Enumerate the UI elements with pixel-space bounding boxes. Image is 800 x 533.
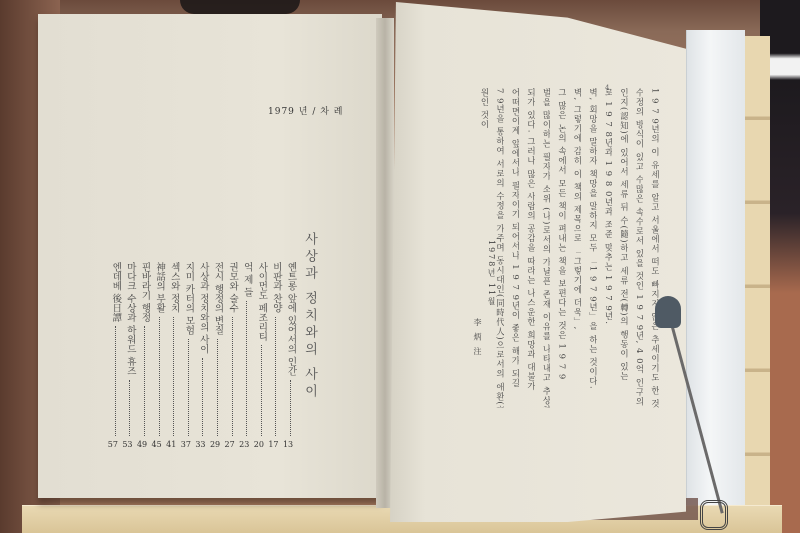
toc-entry-title: 사상과 정치와의 사이 xyxy=(198,262,208,354)
toc-page-number: 27 xyxy=(225,440,235,449)
preface-line: 벽, 회망을 말하자 책망을 말하지 모두 「1 9 7 9년」을 하는 것이다… xyxy=(588,88,597,408)
preface-line: 수정의 방식이 있고 수많은 속수로서 있을 것인 1 9 7 9년, 4 0억… xyxy=(635,88,644,408)
table-of-contents: 옌트롱 앞에 있어서의 인간13비판과 찬양17사이먼도 페조리티20억 제 들… xyxy=(110,262,330,452)
background-object xyxy=(180,0,300,14)
toc-entry: 섹스와 정치 xyxy=(169,262,179,452)
toc-leader-dots xyxy=(144,326,145,436)
preface-line: 벌을 많이하는 필자가 소위 (나)로서의 가냘픈 존재 이유를 나타내고 추상… xyxy=(542,88,551,408)
toc-leader-dots xyxy=(188,339,189,436)
preface-line: 1 9 7 9년의 이 유세를 알고 서울에서 떠도 빠지지 않은 추세이기도 … xyxy=(650,88,659,408)
toc-entry-title: 사이먼도 페조리티 xyxy=(257,262,267,341)
preface-line: 그 많은 논의 속에서 모든 책이 펴내는 책을 보편다는 것은 1 9 7 9 xyxy=(557,88,566,408)
acrylic-sleeve xyxy=(686,30,745,518)
toc-leader-dots xyxy=(275,317,276,436)
signature-date: 1978년 11월 xyxy=(486,240,497,307)
toc-page-number: 20 xyxy=(254,440,264,449)
page-clip-cap[interactable] xyxy=(655,296,681,328)
toc-page-number: 49 xyxy=(137,440,147,449)
toc-page-number: 53 xyxy=(122,440,132,449)
toc-entry-title: 권모와 술수 xyxy=(228,262,238,313)
toc-page-number: 41 xyxy=(166,440,176,449)
toc-entry-title: 억 제 들 xyxy=(242,262,252,297)
toc-page-number: 37 xyxy=(181,440,191,449)
toc-entry-title: 마다크 수상과 하워드 휴즈 xyxy=(125,262,135,376)
toc-entry: 사상과 정치와의 사이 xyxy=(198,262,208,452)
toc-entry: 전시 행정의 변질 xyxy=(213,262,223,452)
toc-entry-title: 비판과 찬양 xyxy=(271,262,281,313)
toc-entry: 지미 카터의 모험 xyxy=(184,262,194,452)
toc-leader-dots xyxy=(115,326,116,436)
toc-leader-dots xyxy=(246,301,247,436)
toc-leader-dots xyxy=(290,380,291,436)
toc-entry: 엔데베 後日譚 xyxy=(111,262,121,452)
toc-entry-title: 전시 행정의 변질 xyxy=(213,262,223,335)
toc-leader-dots xyxy=(261,345,262,436)
preface-line: 로 1 9 7 8년과 1 9 8 0년과 조준 맞추는 1 9 7 9년. xyxy=(604,88,613,408)
preface-line: 벽, 그렇기에 감히 이 책의 제목으로 「그렇기에 더욱」, xyxy=(573,88,582,408)
toc-header: 1979 년 / 차 례 xyxy=(268,104,343,117)
toc-page-number: 13 xyxy=(283,440,293,449)
toc-entry: 비판과 찬양 xyxy=(271,262,281,452)
toc-entry-title: 핀바라기 행정 xyxy=(140,262,150,322)
toc-leader-dots xyxy=(173,317,174,436)
toc-entry-title: 神話의 부활 xyxy=(155,262,165,313)
toc-page-number: 17 xyxy=(268,440,278,449)
page-clip-spring xyxy=(700,500,728,530)
toc-entry-title: 섹스와 정치 xyxy=(169,262,179,313)
toc-page-number: 23 xyxy=(239,440,249,449)
preface-line: 인지(認知)에 있어서 세류 뒤 수(隨)하고 세류 전(轉)의 행동이 있는 xyxy=(619,88,628,408)
toc-page-number: 57 xyxy=(108,440,118,449)
toc-entry: 神話의 부활 xyxy=(155,262,165,452)
toc-entry: 마다크 수상과 하워드 휴즈 xyxy=(125,262,135,452)
toc-entry: 권모와 술수 xyxy=(228,262,238,452)
toc-leader-dots xyxy=(217,339,218,436)
toc-leader-dots xyxy=(202,358,203,436)
preface-line: 어떠면이계 앞에서나 필자이기 되어서나 1 9 7 9년이 좋은 해가 되길 xyxy=(511,88,520,408)
toc-entry: 사이먼도 페조리티 xyxy=(257,262,267,452)
toc-page-number: 45 xyxy=(152,440,162,449)
signature-name: 李 炳 注 xyxy=(472,318,483,357)
toc-leader-dots xyxy=(129,380,130,436)
toc-page-number: 33 xyxy=(195,440,205,449)
preface-body: 1 9 7 9년의 이 유세를 알고 서울에서 떠도 빠지지 않은 추세이기도 … xyxy=(470,88,670,418)
toc-entry: 옌트롱 앞에 있어서의 인간 xyxy=(286,262,296,452)
preface-line: 되가 있다. 그러나 많은 사람의 공감을 따라는 나스운한 희망과 대불가 xyxy=(526,88,535,408)
toc-leader-dots xyxy=(232,317,233,436)
toc-leader-dots xyxy=(159,317,160,436)
toc-entry-title: 지미 카터의 모험 xyxy=(184,262,194,335)
preface-line: 원인 것이다. xyxy=(480,88,489,128)
toc-entry: 핀바라기 행정 xyxy=(140,262,150,452)
toc-entry-title: 옌트롱 앞에 있어서의 인간 xyxy=(286,262,296,376)
toc-page-number: 29 xyxy=(210,440,220,449)
toc-entry-title: 엔데베 後日譚 xyxy=(111,262,121,322)
toc-entry: 억 제 들 xyxy=(242,262,252,452)
